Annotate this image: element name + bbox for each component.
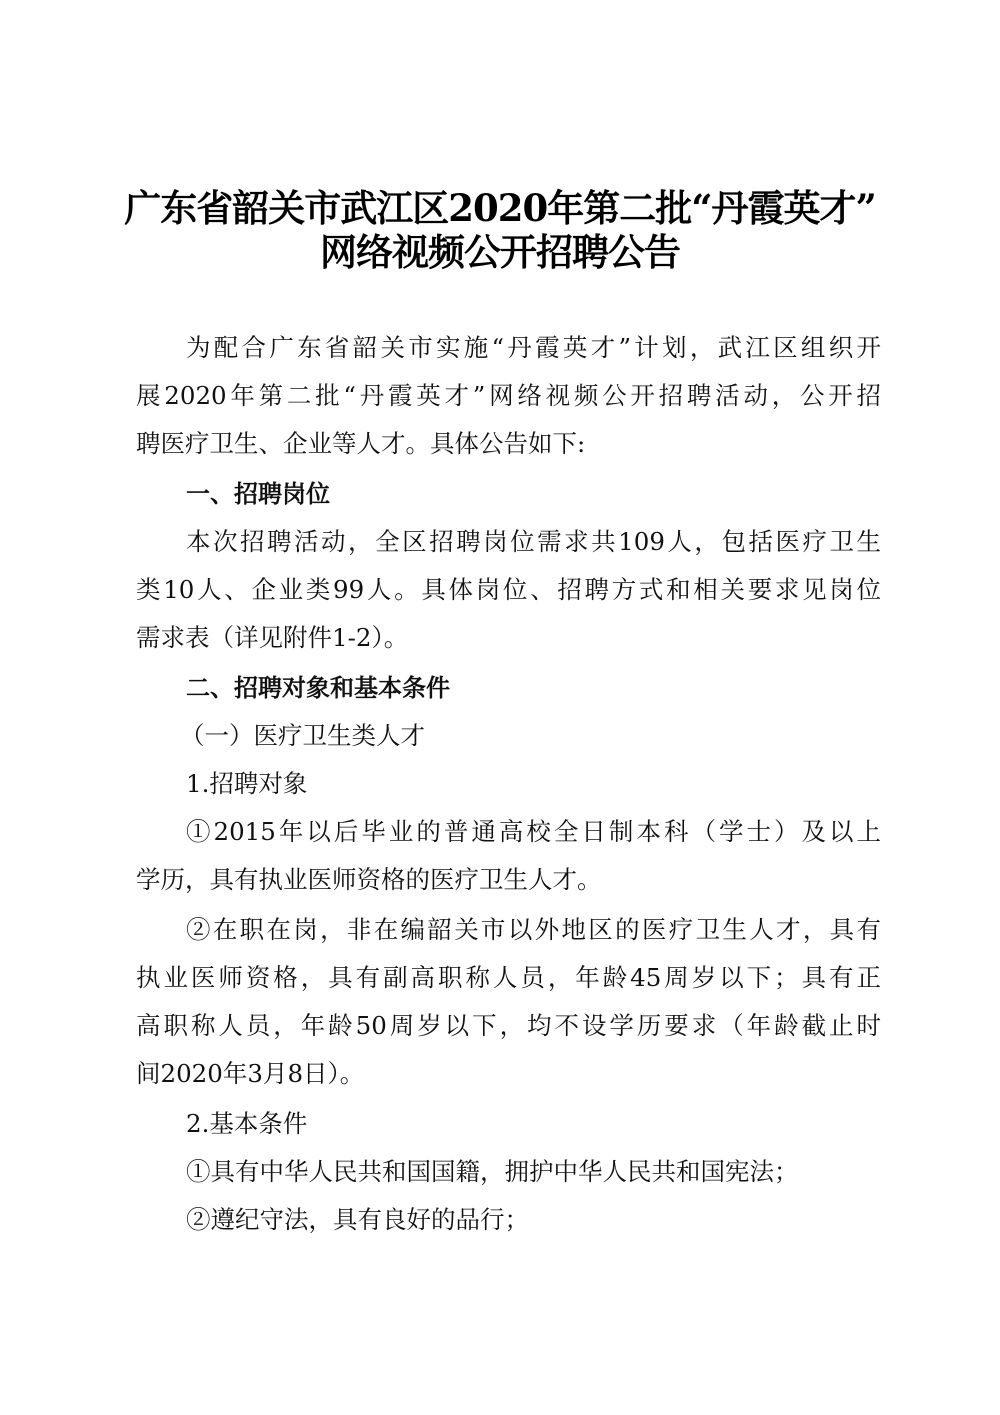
- intro-line-2: 展2020年第二批“丹霞英才”网络视频公开招聘活动，公开招: [136, 380, 881, 412]
- item1-point2-line-2: 执业医师资格，具有副高职称人员，年龄45周岁以下；具有正: [136, 962, 881, 994]
- item1-point2-line-3: 高职称人员，年龄50周岁以下，均不设学历要求（年龄截止时: [136, 1010, 881, 1042]
- item1-point2-line-1: ②在职在岗，非在编韶关市以外地区的医疗卫生人才，具有: [186, 914, 881, 946]
- intro-line-3: 聘医疗卫生、企业等人才。具体公告如下:: [136, 428, 881, 460]
- item1-heading: 1.招聘对象: [186, 768, 881, 800]
- document-title-line-2: 网络视频公开招聘公告: [0, 230, 1000, 274]
- section1-line-1: 本次招聘活动，全区招聘岗位需求共109人，包括医疗卫生: [186, 526, 881, 558]
- item2-point2: ②遵纪守法，具有良好的品行；: [186, 1204, 881, 1236]
- item2-point1: ①具有中华人民共和国国籍，拥护中华人民共和国宪法；: [186, 1156, 881, 1188]
- section1-line-3: 需求表（详见附件1-2）。: [136, 622, 881, 654]
- document-page: 广东省韶关市武江区2020年第二批“丹霞英才” 网络视频公开招聘公告 为配合广东…: [0, 0, 1000, 1415]
- item2-heading: 2.基本条件: [186, 1108, 881, 1140]
- item1-point1-line-1: ①2015年以后毕业的普通高校全日制本科（学士）及以上: [186, 816, 881, 848]
- item1-point1-line-2: 学历，具有执业医师资格的医疗卫生人才。: [136, 864, 881, 896]
- intro-line-1: 为配合广东省韶关市实施“丹霞英才”计划，武江区组织开: [186, 332, 881, 364]
- section2-heading: 二、招聘对象和基本条件: [186, 672, 881, 704]
- section1-line-2: 类10人、企业类99人。具体岗位、招聘方式和相关要求见岗位: [136, 574, 881, 606]
- document-title-line-1: 广东省韶关市武江区2020年第二批“丹霞英才”: [0, 186, 1000, 230]
- section1-heading: 一、招聘岗位: [186, 478, 881, 510]
- item1-point2-line-4: 间2020年3月8日）。: [136, 1058, 881, 1090]
- section2-subheading: （一）医疗卫生类人才: [180, 720, 925, 752]
